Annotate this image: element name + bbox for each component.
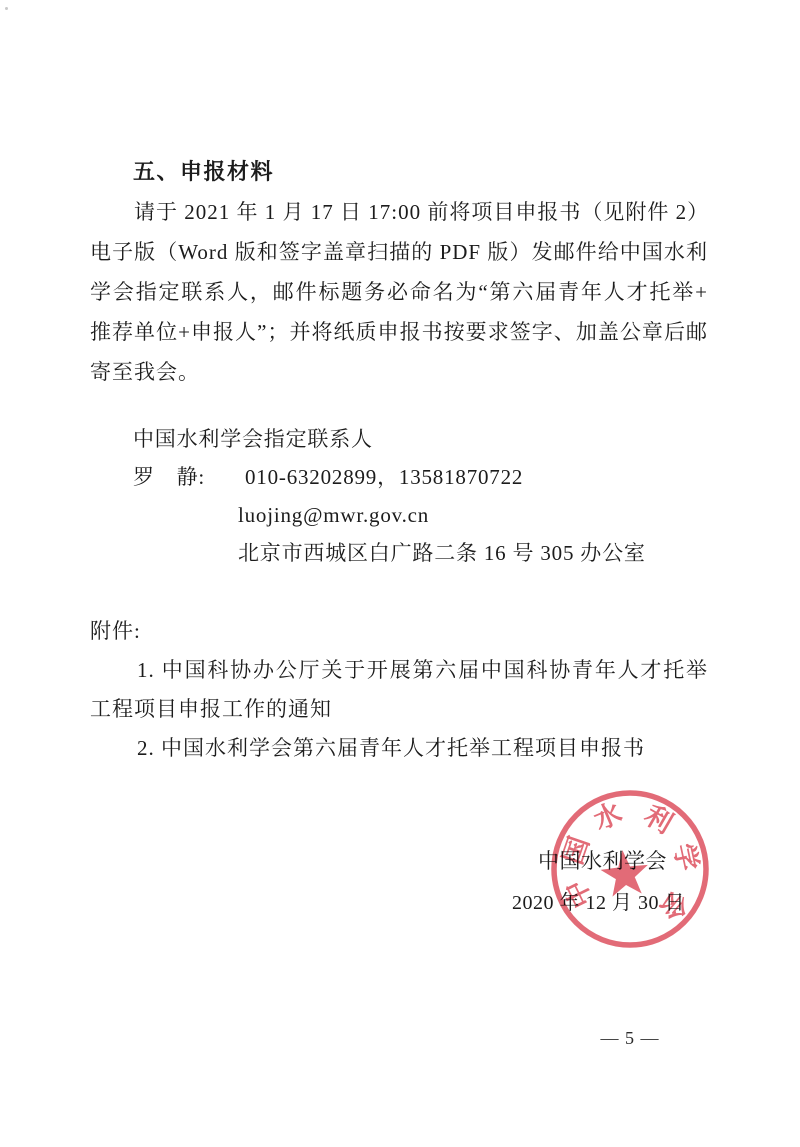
signature-organization: 中国水利学会 [538, 845, 667, 875]
contact-block: 中国水利学会指定联系人 罗 静:010-63202899，13581870722… [133, 420, 693, 572]
attachment-item-1-line-1: 1. 中国科协办公厅关于开展第六届中国科协青年人才托举 [90, 651, 708, 690]
signature-date: 2020 年 12 月 30 日 [512, 886, 685, 915]
contact-name-phone-row: 罗 静:010-63202899，13581870722 [133, 458, 693, 496]
page-number: — 5 — [588, 1028, 672, 1049]
attachment-item-1-line-2: 工程项目申报工作的通知 [90, 690, 708, 729]
body-paragraph: 请于 2021 年 1 月 17 日 17:00 前将项目申报书（见附件 2） … [90, 192, 708, 392]
contact-phone: 010-63202899，13581870722 [245, 458, 523, 496]
attachments-label: 附件: [90, 612, 708, 651]
attachments-block: 附件: 1. 中国科协办公厅关于开展第六届中国科协青年人才托举 工程项目申报工作… [90, 612, 708, 768]
seal-char: 学 [668, 841, 703, 874]
seal-char: 水 [589, 797, 626, 835]
paragraph-line: 电子版（Word 版和签字盖章扫描的 PDF 版）发邮件给中国水利 [90, 232, 708, 272]
attachment-item-2: 2. 中国水利学会第六届青年人才托举工程项目申报书 [90, 729, 708, 768]
contact-title: 中国水利学会指定联系人 [133, 420, 693, 458]
section-heading: 五、申报材料 [133, 158, 274, 186]
seal-char: 利 [639, 799, 678, 839]
scan-artifact [5, 7, 8, 10]
document-page: 五、申报材料 请于 2021 年 1 月 17 日 17:00 前将项目申报书（… [0, 0, 800, 1147]
contact-email: luojing@mwr.gov.cn [133, 496, 693, 534]
contact-address: 北京市西城区白广路二条 16 号 305 办公室 [133, 534, 693, 572]
paragraph-line: 寄至我会。 [90, 352, 708, 392]
paragraph-line: 请于 2021 年 1 月 17 日 17:00 前将项目申报书（见附件 2） [90, 192, 708, 232]
paragraph-line: 学会指定联系人，邮件标题务必命名为“第六届青年人才托举+ [90, 272, 708, 312]
contact-name: 罗 静: [133, 458, 245, 496]
paragraph-line: 推荐单位+申报人”；并将纸质申报书按要求签字、加盖公章后邮 [90, 312, 708, 352]
